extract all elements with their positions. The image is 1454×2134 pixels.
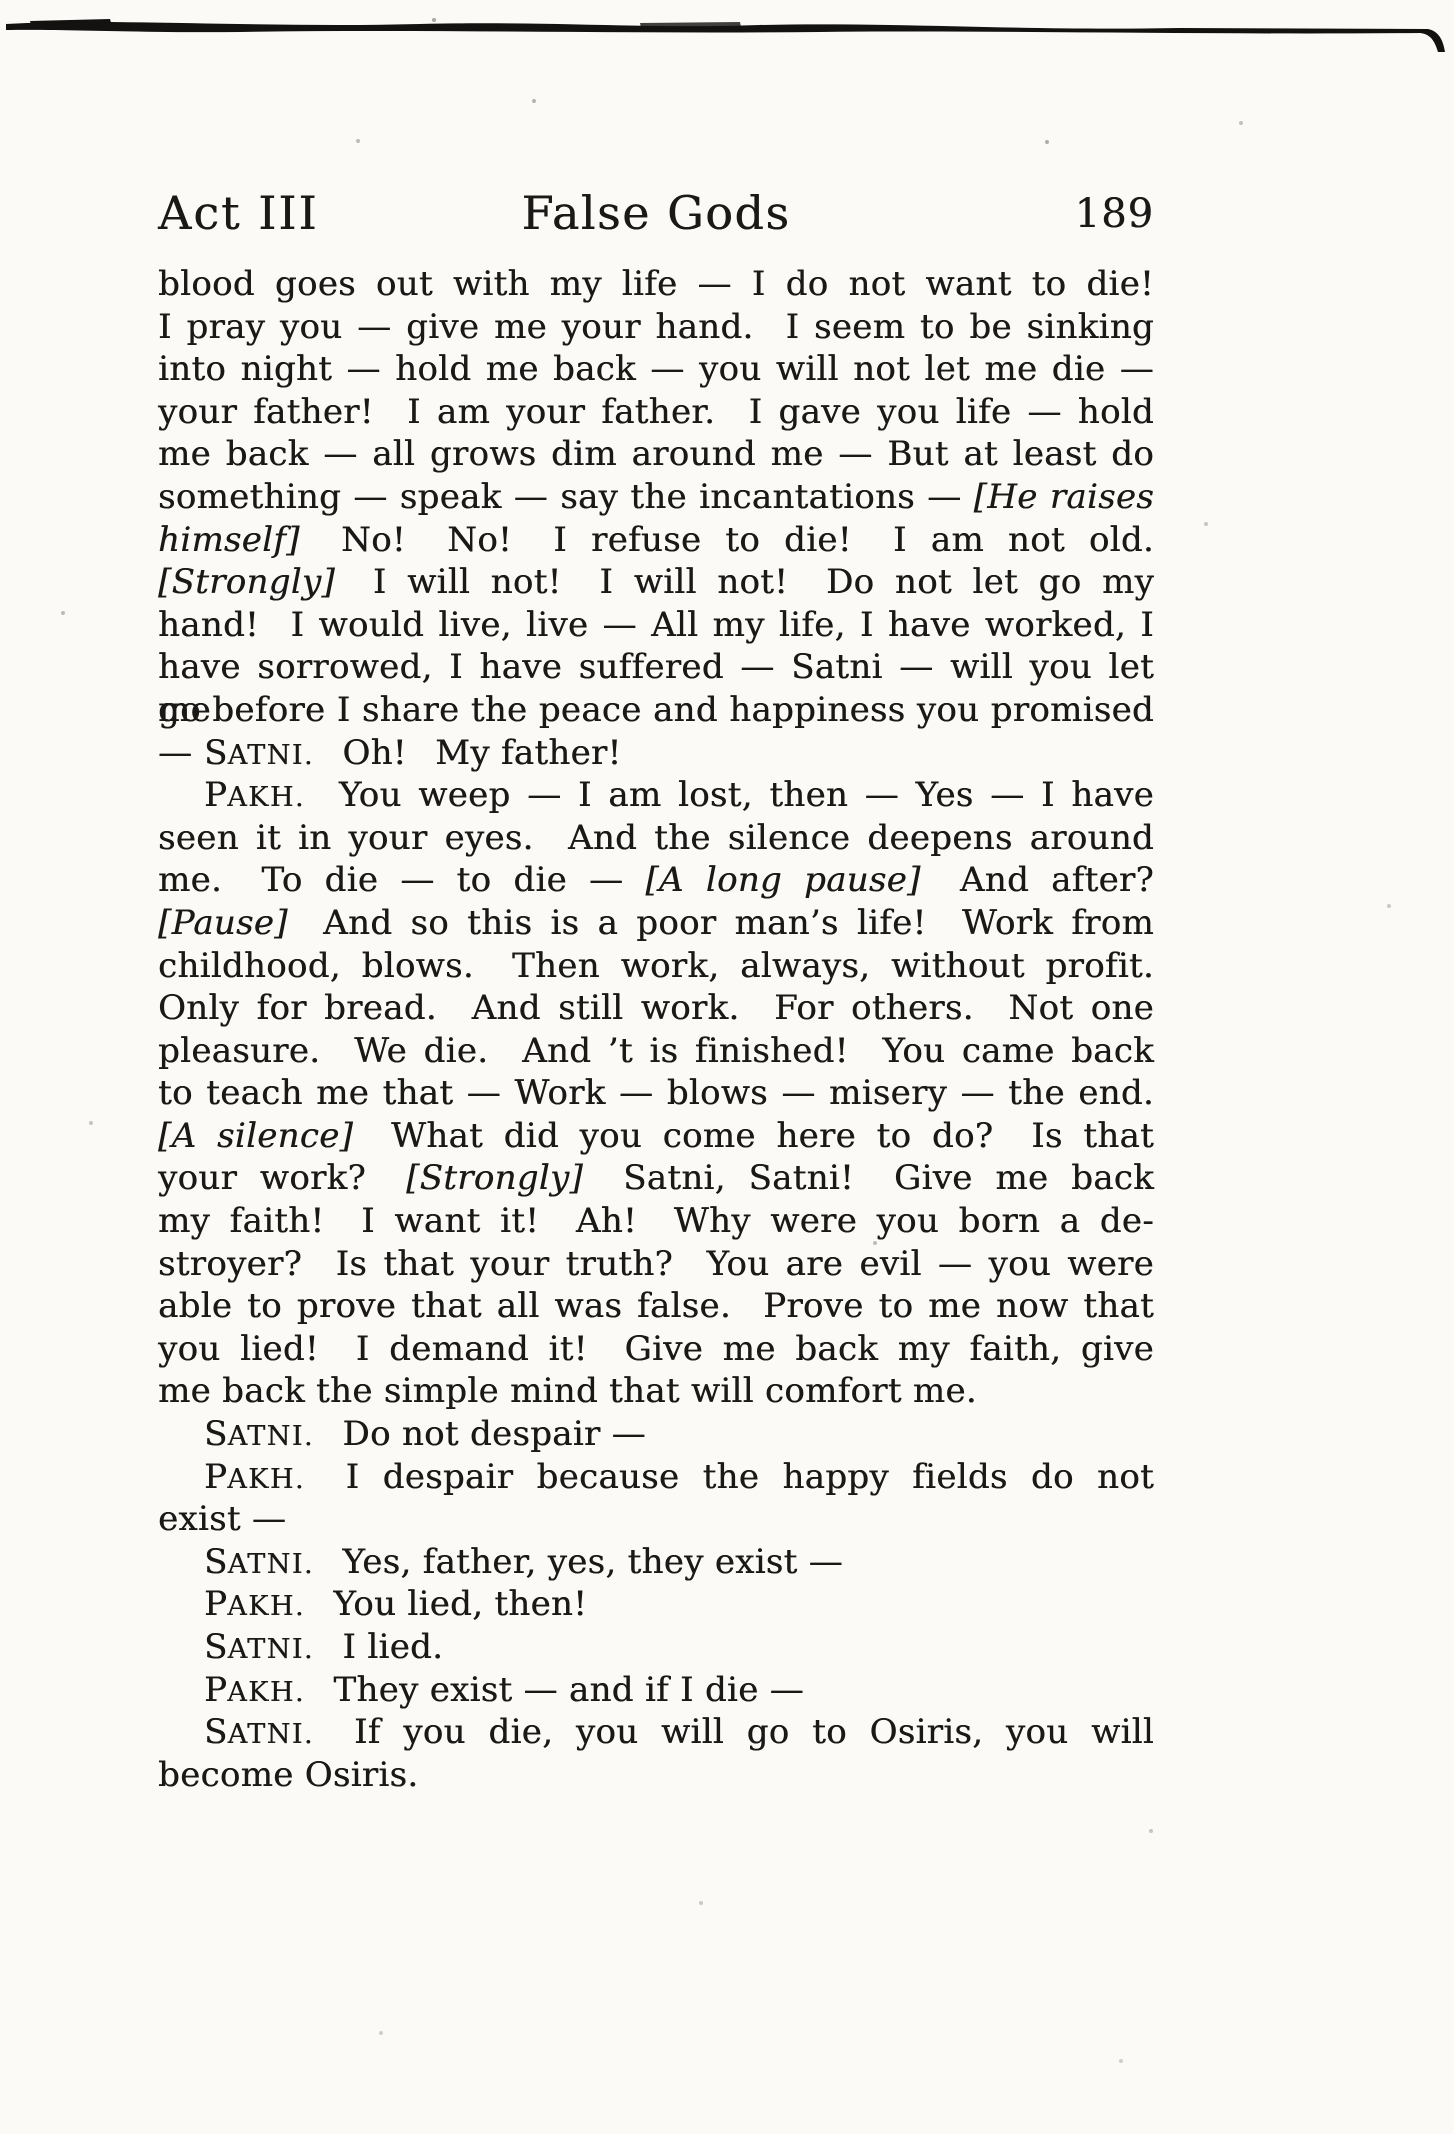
- text-run: become Osiris.: [158, 1755, 418, 1795]
- text-line: PAKH. You weep — I am lost, then — Yes —…: [158, 774, 1154, 817]
- book-title: False Gods: [522, 190, 791, 236]
- text-line: [Strongly] I will not! I will not! Do no…: [158, 561, 1154, 604]
- text-line: me. To die — to die — [A long pause] And…: [158, 859, 1154, 902]
- text-run: S: [204, 1542, 228, 1582]
- text-line: blood goes out with my life — I do not w…: [158, 263, 1154, 306]
- text-run: P: [204, 775, 227, 815]
- text-run: No! No! I refuse to die! I am not old.: [300, 520, 1154, 560]
- speaker-smallcaps: ATNI.: [228, 1719, 314, 1750]
- text-run: seen it in your eyes. And the silence de…: [158, 818, 1154, 858]
- text-line: go before I share the peace and happines…: [158, 689, 1154, 732]
- scanned-book-page: Act III False Gods 189 blood goes out wi…: [0, 0, 1454, 2134]
- text-run: Do not despair —: [314, 1414, 646, 1454]
- speaker-smallcaps: ATNI.: [228, 740, 314, 771]
- text-run: exist —: [158, 1499, 286, 1539]
- text-line: my faith! I want it! Ah! Why were you bo…: [158, 1200, 1154, 1243]
- text-run: S: [204, 1627, 228, 1667]
- text-line: your father! I am your father. I gave yo…: [158, 391, 1154, 434]
- text-run: my faith! I want it! Ah! Why were you bo…: [158, 1201, 1154, 1241]
- text-run: Oh! My father!: [314, 733, 621, 773]
- text-run: P: [204, 1584, 227, 1624]
- text-run: I will not! I will not! Do not let go my: [335, 562, 1154, 602]
- text-run: I despair because the happy fields do no…: [305, 1457, 1154, 1497]
- stage-direction: [A long pause]: [645, 860, 920, 900]
- text-line: seen it in your eyes. And the silence de…: [158, 817, 1154, 860]
- text-line: SATNI. I lied.: [158, 1626, 1154, 1669]
- text-run: to teach me that — Work — blows — misery…: [158, 1073, 1154, 1113]
- speaker-smallcaps: ATNI.: [228, 1549, 314, 1580]
- speaker-smallcaps: AKH.: [227, 1677, 305, 1708]
- text-run: you lied! I demand it! Give me back my f…: [158, 1329, 1154, 1369]
- text-run: able to prove that all was false. Prove …: [158, 1286, 1154, 1326]
- text-line: become Osiris.: [158, 1754, 1154, 1797]
- text-run: S: [204, 1712, 228, 1752]
- text-line: me back — all grows dim around me — But …: [158, 433, 1154, 476]
- act-label: Act III: [158, 190, 319, 236]
- text-run: And after?: [921, 860, 1154, 900]
- text-line: PAKH. You lied, then!: [158, 1583, 1154, 1626]
- text-line: stroyer? Is that your truth? You are evi…: [158, 1243, 1154, 1286]
- text-line: PAKH. They exist — and if I die —: [158, 1669, 1154, 1712]
- text-line: SATNI. Do not despair —: [158, 1413, 1154, 1456]
- stage-direction: [He raises: [974, 477, 1154, 517]
- text-run: me back the simple mind that will comfor…: [158, 1371, 977, 1411]
- page-number: 189: [1075, 194, 1154, 234]
- text-run: childhood, blows. Then work, always, wit…: [158, 946, 1154, 986]
- text-line: your work? [Strongly] Satni, Satni! Give…: [158, 1157, 1154, 1200]
- stage-direction: [Strongly]: [406, 1158, 583, 1198]
- speaker-smallcaps: AKH.: [227, 1591, 305, 1622]
- text-run: your work?: [158, 1158, 406, 1198]
- text-run: me back — all grows dim around me — But …: [158, 434, 1154, 474]
- text-line: [Pause] And so this is a poor man’s life…: [158, 902, 1154, 945]
- text-run: And so this is a poor man’s life! Work f…: [288, 903, 1154, 943]
- text-run: Only for bread. And still work. For othe…: [158, 988, 1154, 1028]
- text-run: into night — hold me back — you will not…: [158, 349, 1154, 389]
- text-run: me. To die — to die —: [158, 860, 645, 900]
- text-run: You lied, then!: [305, 1584, 587, 1624]
- text-line: something — speak — say the incantations…: [158, 476, 1154, 519]
- text-line: SATNI. Yes, father, yes, they exist —: [158, 1541, 1154, 1584]
- text-run: They exist — and if I die —: [305, 1670, 804, 1710]
- stage-direction: [Pause]: [158, 903, 288, 943]
- text-line: you lied! I demand it! Give me back my f…: [158, 1328, 1154, 1371]
- text-line: exist —: [158, 1498, 1154, 1541]
- speaker-smallcaps: AKH.: [227, 782, 305, 813]
- text-line: hand! I would live, live — All my life, …: [158, 604, 1154, 647]
- speaker-smallcaps: ATNI.: [228, 1634, 314, 1665]
- text-line: I pray you — give me your hand. I seem t…: [158, 306, 1154, 349]
- stage-direction: himself]: [158, 520, 300, 560]
- text-run: You weep — I am lost, then — Yes — I hav…: [305, 775, 1154, 815]
- text-line: have sorrowed, I have suffered — Satni —…: [158, 646, 1154, 689]
- text-run: your father! I am your father. I gave yo…: [158, 392, 1154, 432]
- text-run: P: [204, 1457, 227, 1497]
- text-line: himself] No! No! I refuse to die! I am n…: [158, 519, 1154, 562]
- text-run: hand! I would live, live — All my life, …: [158, 605, 1154, 645]
- text-line: childhood, blows. Then work, always, wit…: [158, 945, 1154, 988]
- text-run: Satni, Satni! Give me back: [583, 1158, 1154, 1198]
- text-run: pleasure. We die. And ’t is finished! Yo…: [158, 1031, 1154, 1071]
- text-line: PAKH. I despair because the happy fields…: [158, 1456, 1154, 1499]
- text-run: stroyer? Is that your truth? You are evi…: [158, 1244, 1154, 1284]
- speaker-smallcaps: ATNI.: [228, 1421, 314, 1452]
- text-run: something — speak — say the incantations…: [158, 477, 974, 517]
- text-run: I lied.: [314, 1627, 443, 1667]
- text-run: I pray you — give me your hand. I seem t…: [158, 307, 1154, 347]
- text-block: blood goes out with my life — I do not w…: [158, 263, 1154, 1796]
- text-run: blood goes out with my life — I do not w…: [158, 264, 1154, 304]
- speaker-smallcaps: AKH.: [227, 1464, 305, 1495]
- scan-edge-artifact: [0, 0, 1454, 70]
- text-line: Only for bread. And still work. For othe…: [158, 987, 1154, 1030]
- text-run: Yes, father, yes, they exist —: [314, 1542, 843, 1582]
- text-run: If you die, you will go to Osiris, you w…: [314, 1712, 1154, 1752]
- text-run: S: [204, 733, 228, 773]
- text-run: What did you come here to do? Is that: [353, 1116, 1154, 1156]
- stage-direction: [Strongly]: [158, 562, 335, 602]
- stage-direction: [A silence]: [158, 1116, 353, 1156]
- text-line: SATNI. Oh! My father!: [158, 732, 1154, 775]
- text-line: pleasure. We die. And ’t is finished! Yo…: [158, 1030, 1154, 1073]
- text-line: able to prove that all was false. Prove …: [158, 1285, 1154, 1328]
- text-line: me back the simple mind that will comfor…: [158, 1370, 1154, 1413]
- text-line: to teach me that — Work — blows — misery…: [158, 1072, 1154, 1115]
- text-line: into night — hold me back — you will not…: [158, 348, 1154, 391]
- text-line: SATNI. If you die, you will go to Osiris…: [158, 1711, 1154, 1754]
- page-header: Act III False Gods 189: [158, 178, 1154, 236]
- text-run: S: [204, 1414, 228, 1454]
- text-run: P: [204, 1670, 227, 1710]
- text-line: [A silence] What did you come here to do…: [158, 1115, 1154, 1158]
